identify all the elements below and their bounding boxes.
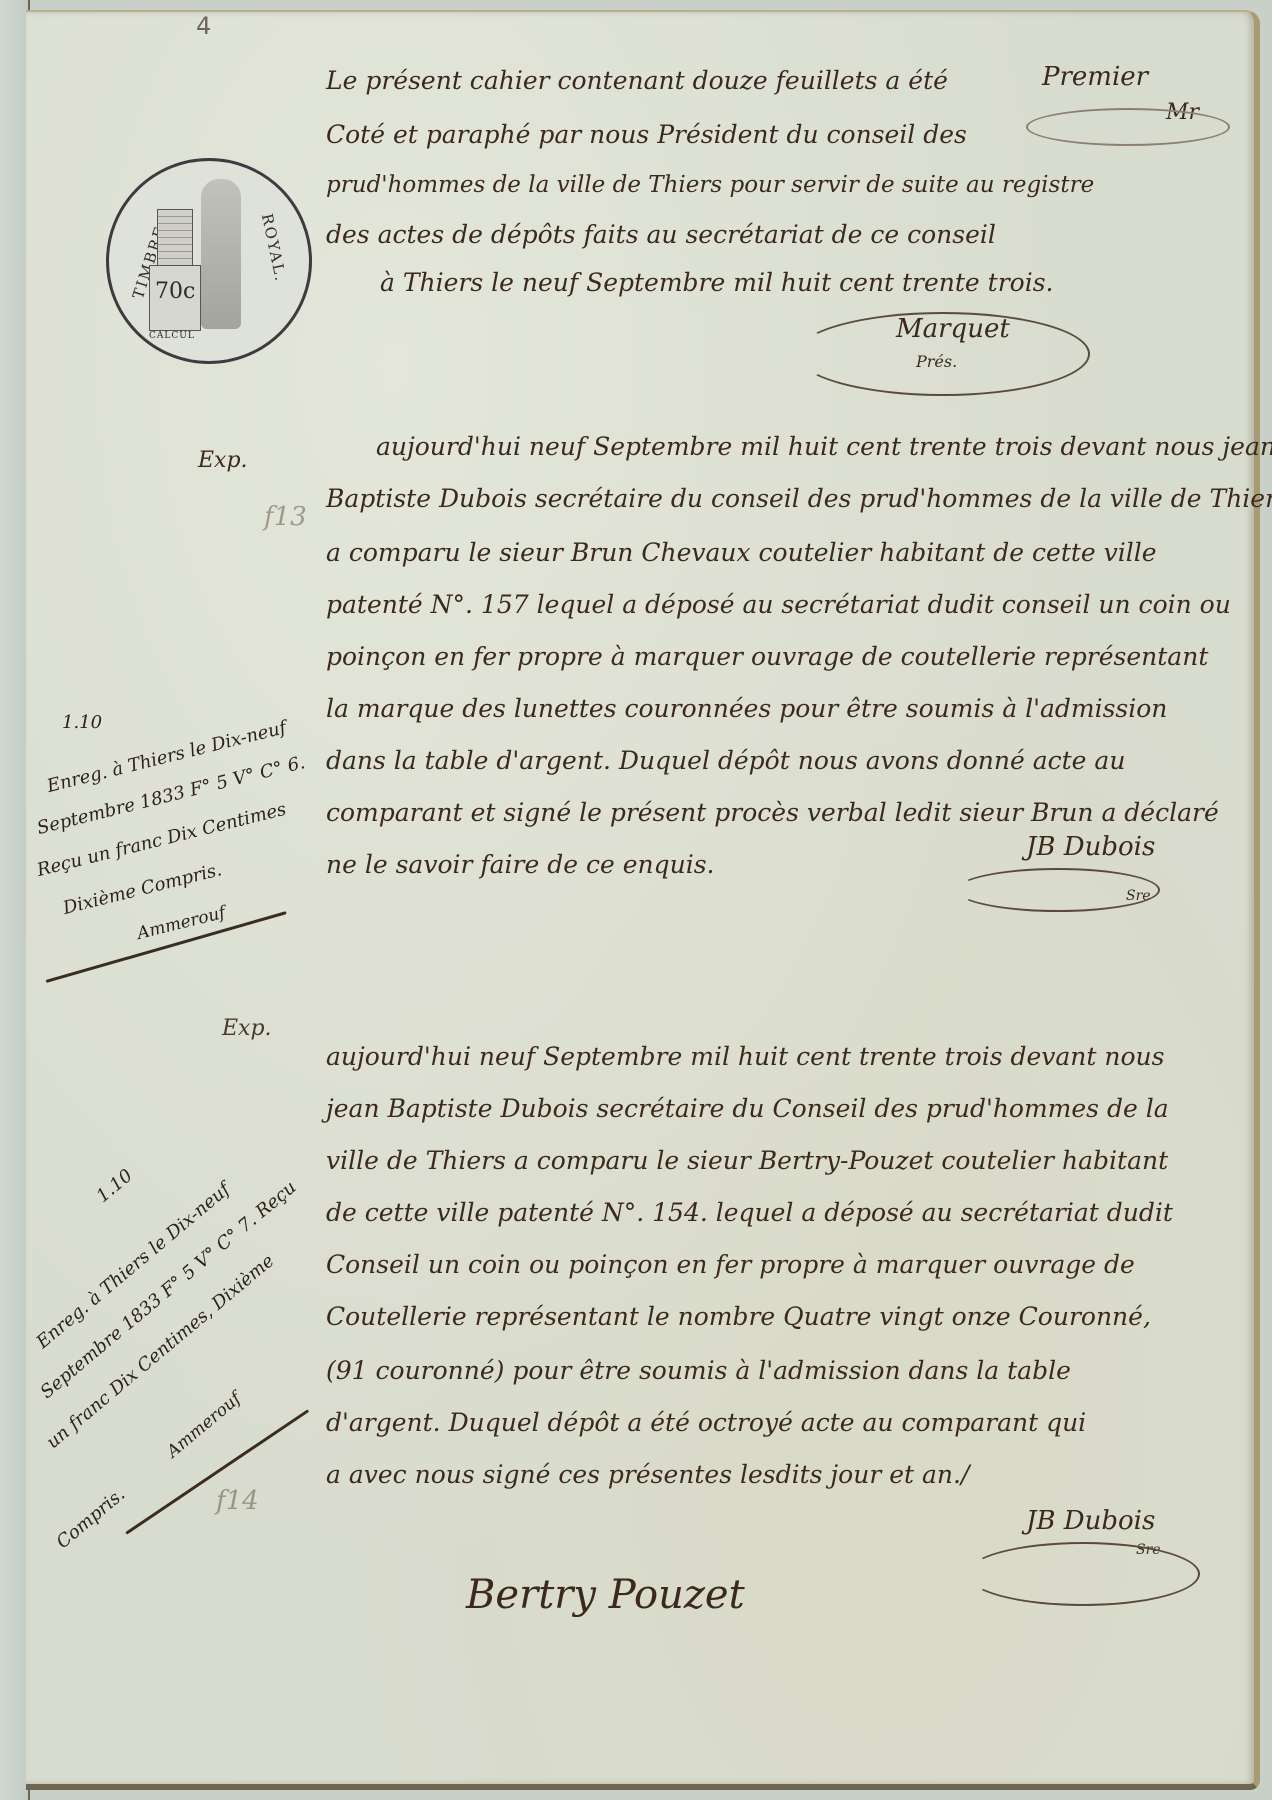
entry-line: jean Baptiste Dubois secrétaire du Conse… — [326, 1094, 1169, 1123]
entry-line: patenté N°. 157 lequel a déposé au secré… — [326, 590, 1231, 619]
timbre-royal-stamp: TIMBRE ROYAL. 70c CALCUL — [106, 158, 312, 364]
certificate-line: Coté et paraphé par nous Président du co… — [326, 120, 967, 149]
entry-line: a avec nous signé ces présentes lesdits … — [326, 1460, 969, 1489]
signature-secretary: JB Dubois — [1026, 832, 1155, 862]
stamp-allegorical-figure-icon — [201, 179, 241, 329]
entry-line: dans la table d'argent. Duquel dépôt nou… — [326, 746, 1125, 775]
registration-signature: Ammerouf — [135, 903, 227, 944]
entry-line: la marque des lunettes couronnées pour ê… — [326, 694, 1167, 723]
entry-line: comparant et signé le présent procès ver… — [326, 798, 1219, 827]
folio-note: f13 — [264, 502, 307, 532]
registration-note-line: Septembre 1833 F° 5 V° C° 7. Reçu — [37, 1177, 301, 1403]
signature-depositor: Bertry Pouzet — [466, 1572, 745, 1618]
entry-line: ville de Thiers a comparu le sieur Bertr… — [326, 1146, 1168, 1175]
signature-flourish-icon — [796, 312, 1090, 396]
entry-line: Conseil un coin ou poinçon en fer propre… — [326, 1250, 1135, 1279]
stamp-right-text: ROYAL. — [258, 212, 290, 284]
registration-signature: Ammerouf — [163, 1389, 245, 1462]
margin-label-exp: Exp. — [222, 1016, 272, 1041]
entry-line: a comparu le sieur Brun Chevaux coutelie… — [326, 538, 1157, 567]
entry-line: d'argent. Duquel dépôt a été octroyé act… — [326, 1408, 1086, 1437]
registration-amount: 1.10 — [93, 1165, 137, 1207]
entry-line: Coutellerie représentant le nombre Quatr… — [326, 1302, 1151, 1331]
margin-premier: Premier — [1042, 62, 1148, 92]
certificate-line: prud'hommes de la ville de Thiers pour s… — [326, 172, 1094, 198]
page-number: 4 — [196, 12, 211, 40]
signature-secretary: JB Dubois — [1026, 1506, 1155, 1536]
margin-label-exp: Exp. — [198, 448, 248, 473]
entry-line: Baptiste Dubois secrétaire du conseil de… — [326, 484, 1272, 513]
certificate-line: des actes de dépôts faits au secrétariat… — [326, 220, 996, 249]
registration-note-line: Compris. — [53, 1484, 130, 1553]
signature-flourish-icon — [966, 1542, 1200, 1606]
signature-flourish-icon — [956, 868, 1160, 912]
entry-line: poinçon en fer propre à marquer ouvrage … — [326, 642, 1208, 671]
stamp-value: 70c — [155, 279, 195, 304]
stamp-tablet-icon — [157, 209, 193, 267]
manuscript-page: 4 TIMBRE ROYAL. 70c CALCUL Le présent ca… — [26, 10, 1260, 1790]
entry-line: ne le savoir faire de ce enquis. — [326, 850, 715, 879]
registration-amount: 1.10 — [62, 712, 102, 733]
entry-line: de cette ville patenté N°. 154. lequel a… — [326, 1198, 1173, 1227]
folio-note: f14 — [216, 1486, 259, 1516]
paraph-flourish-icon — [1026, 108, 1230, 146]
entry-line: aujourd'hui neuf Septembre mil huit cent… — [376, 432, 1272, 461]
entry-line: (91 couronné) pour être soumis à l'admis… — [326, 1356, 1071, 1385]
certificate-line: à Thiers le neuf Septembre mil huit cent… — [380, 268, 1053, 297]
stamp-base-text: CALCUL — [149, 331, 195, 341]
entry-line: aujourd'hui neuf Septembre mil huit cent… — [326, 1042, 1164, 1071]
certificate-line: Le présent cahier contenant douze feuill… — [326, 66, 948, 95]
